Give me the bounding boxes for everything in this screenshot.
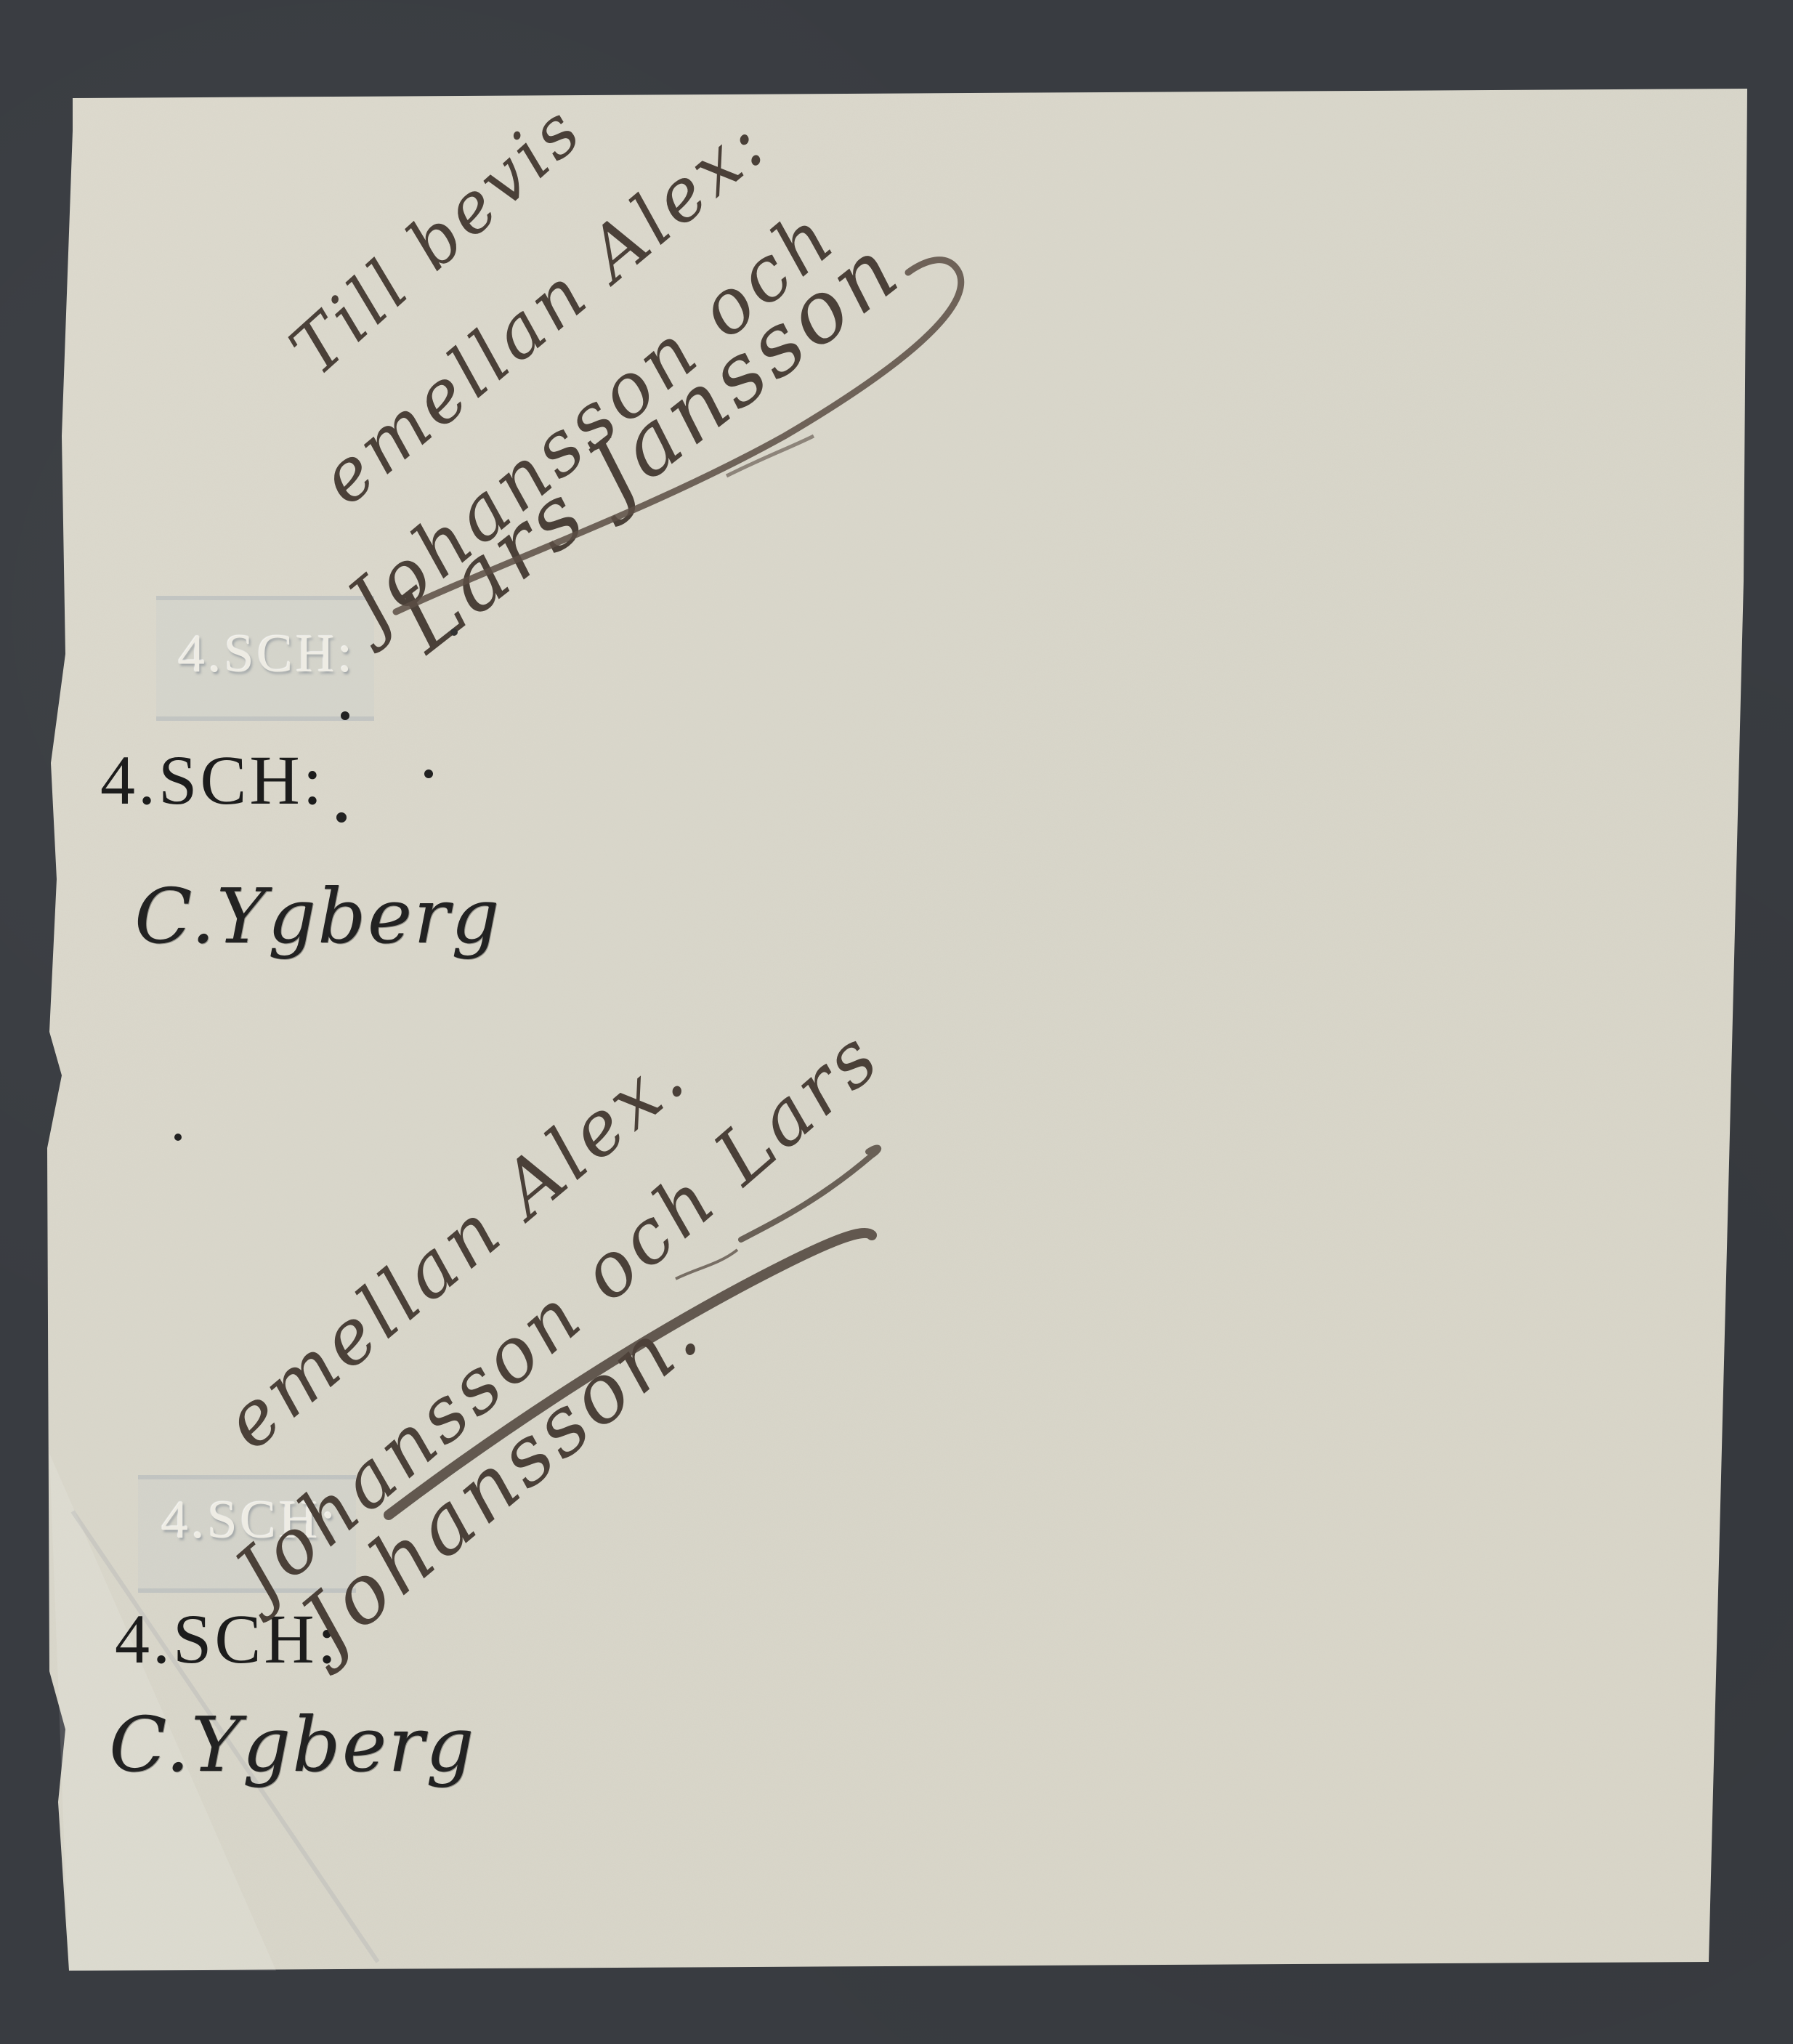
embossed-stamp-1: 4.SCH: (178, 623, 355, 685)
document-sheet: 4.SCH: 4.SCH: C.Ygberg Till bevis emella… (0, 0, 1793, 2044)
stamp-signature-1: C.Ygberg (134, 872, 501, 961)
tax-stamp-1: 4.SCH: (100, 740, 325, 820)
stamp-signature-2: C.Ygberg (109, 1700, 476, 1789)
